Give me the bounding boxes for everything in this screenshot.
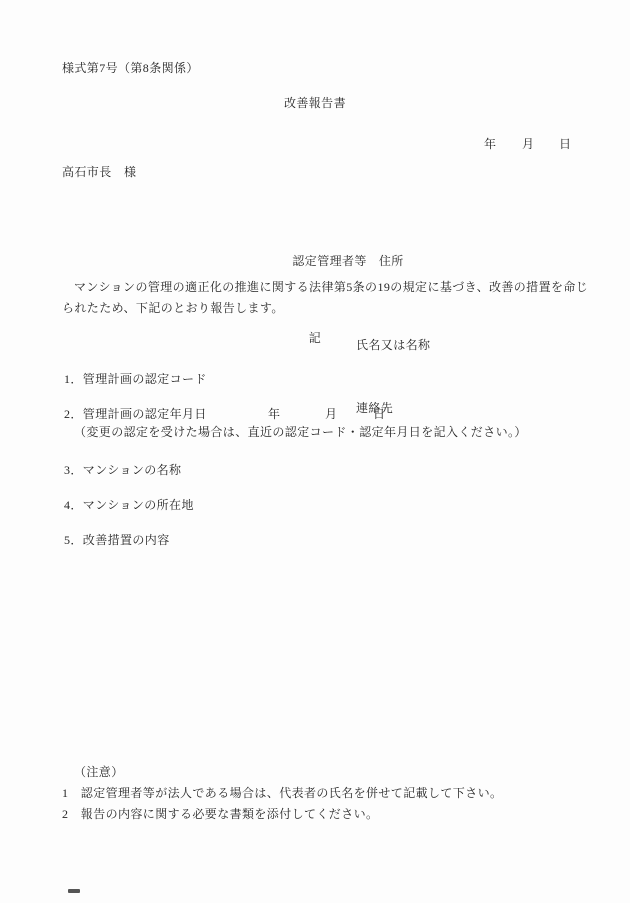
applicant-label: 認定管理者等 [292,254,366,268]
date-year-label: 年 [484,137,496,151]
applicant-block: 認定管理者等住所 氏名又は名称 連絡先 [272,188,430,461]
form-number: 様式第7号（第8条関係） [62,61,199,75]
scan-artifact-mark [68,889,80,893]
body-paragraph-line2: られたため、下記のとおり報告します。 [62,301,284,315]
notes-heading: （注意） [74,765,124,779]
note-2: 2 報告の内容に関する必要な書類を添付してください。 [62,807,378,821]
body-paragraph-line1: マンションの管理の適正化の推進に関する法律第5条の19の規定に基づき、改善の措置… [74,280,588,294]
item-2-month-label: 月 [325,407,337,421]
date-month-label: 月 [522,137,534,151]
item-2-day-label: 日 [373,407,385,421]
addressee: 高石市長 様 [62,165,136,179]
applicant-contact-label: 連絡先 [356,398,430,419]
applicant-address-label: 住所 [379,254,404,268]
date-day-label: 日 [559,137,571,151]
document-title: 改善報告書 [0,96,630,110]
item-2-note: （変更の認定を受けた場合は、直近の認定コード・認定年月日を記入ください。） [74,425,527,439]
item-5-improvement-content: 5．改善措置の内容 [64,533,170,547]
item-1-certification-code: 1．管理計画の認定コード [64,372,207,386]
item-3-mansion-name: 3．マンションの名称 [64,463,181,477]
item-2-year-label: 年 [268,407,280,421]
item-4-mansion-location: 4．マンションの所在地 [64,498,194,512]
record-heading: 記 [0,331,630,345]
note-1: 1 認定管理者等が法人である場合は、代表者の氏名を併せて記載して下さい。 [62,786,502,800]
document-page: 様式第7号（第8条関係） 改善報告書 年 月 日 高石市長 様 認定管理者等住所… [0,0,630,903]
item-2-certification-date: 2．管理計画の認定年月日 [64,407,207,421]
